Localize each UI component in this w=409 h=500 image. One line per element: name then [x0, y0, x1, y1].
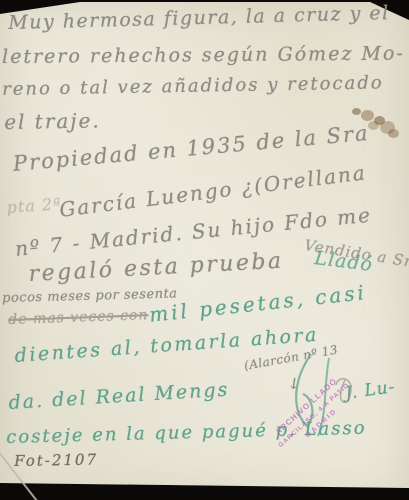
- photo-number: Fot-2107: [14, 451, 98, 470]
- handwritten-fragment: pta 2ª: [6, 194, 62, 217]
- handwritten-line-4: el traje.: [4, 108, 101, 134]
- photo-verso-scan: Muy hermosa figura, la a cruz y el letre…: [0, 0, 409, 500]
- handwritten-line-2: letrero rehechos según Gómez Mo-: [2, 42, 405, 68]
- stain-mark: [352, 108, 361, 115]
